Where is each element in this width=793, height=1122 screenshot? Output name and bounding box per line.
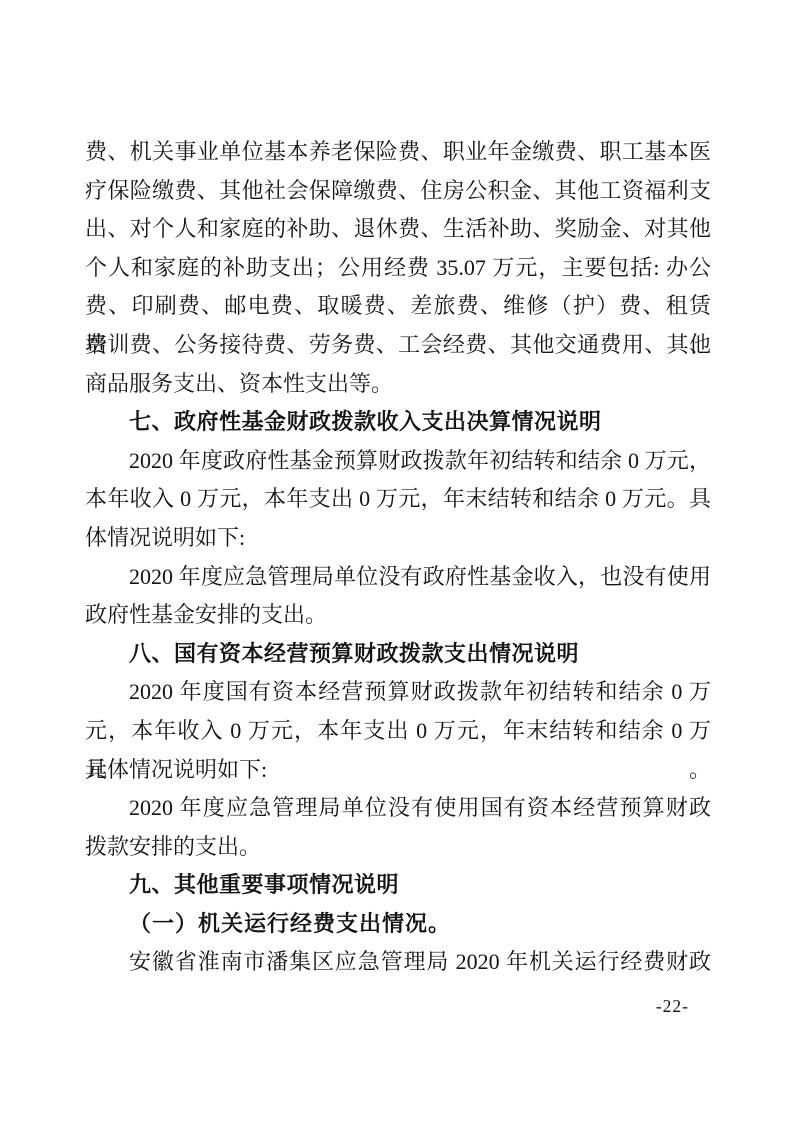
text-line: 个人和家庭的补助支出；公用经费 35.07 万元，主要包括: 办公	[85, 249, 711, 288]
document-page: 费、机关事业单位基本养老保险费、职业年金缴费、职工基本医疗保险缴费、其他社会保障…	[0, 0, 793, 1122]
text-line: 元，本年收入 0 万元，本年支出 0 万元，年末结转和结余 0 万元。	[85, 712, 711, 751]
text-line: 体情况说明如下:	[85, 519, 711, 558]
page-number: -22-	[656, 996, 689, 1017]
section-heading: 八、国有资本经营预算财政拨款支出情况说明	[85, 635, 711, 674]
text-line: 安徽省淮南市潘集区应急管理局 2020 年机关运行经费财政	[85, 943, 711, 982]
text-line: 2020 年度应急管理局单位没有政府性基金收入，也没有使用	[85, 558, 711, 597]
text-line: 本年收入 0 万元，本年支出 0 万元，年末结转和结余 0 万元。具	[85, 480, 711, 519]
section-heading: 七、政府性基金财政拨款收入支出决算情况说明	[85, 403, 711, 442]
text-line: 2020 年度国有资本经营预算财政拨款年初结转和结余 0 万	[85, 673, 711, 712]
text-line: 培训费、公务接待费、劳务费、工会经费、其他交通费用、其他	[85, 326, 711, 365]
section-heading: 九、其他重要事项情况说明	[85, 866, 711, 905]
document-body: 费、机关事业单位基本养老保险费、职业年金缴费、职工基本医疗保险缴费、其他社会保障…	[85, 133, 711, 982]
text-line: 费、机关事业单位基本养老保险费、职业年金缴费、职工基本医	[85, 133, 711, 172]
text-line: 疗保险缴费、其他社会保障缴费、住房公积金、其他工资福利支	[85, 172, 711, 211]
text-line: 出、对个人和家庭的补助、退休费、生活补助、奖励金、对其他	[85, 210, 711, 249]
section-heading: （一）机关运行经费支出情况。	[85, 905, 711, 944]
text-line: 政府性基金安排的支出。	[85, 596, 711, 635]
text-line: 商品服务支出、资本性支出等。	[85, 365, 711, 404]
text-line: 2020 年度应急管理局单位没有使用国有资本经营预算财政	[85, 789, 711, 828]
text-line: 2020 年度政府性基金预算财政拨款年初结转和结余 0 万元，	[85, 442, 711, 481]
text-line: 拨款安排的支出。	[85, 828, 711, 867]
text-line: 费、印刷费、邮电费、取暖费、差旅费、维修（护）费、租赁费、	[85, 287, 711, 326]
